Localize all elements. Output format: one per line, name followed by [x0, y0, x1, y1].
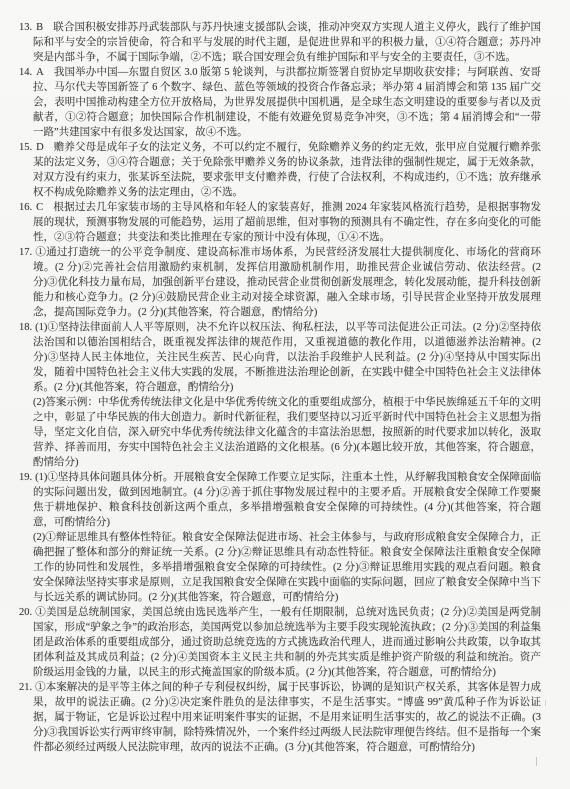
answer-item-16: 16.C根据过去几年家装市场的主导风格和年轻人的家装喜好，推测 2024 年家装… — [19, 200, 541, 245]
answer-paragraph: 17.①通过打造统一的公平竞争制度、建设高标准市场体系，为民营经济发展壮大提供制… — [33, 245, 541, 320]
answer-paragraph: (2)答案示例：中华优秀传统法律文化是中华优秀传统文化的重要组成部分，植根于中华… — [33, 395, 541, 470]
answer-paragraph: 18.(1)①坚持法律面前人人平等原则，决不允许以权压法、徇私枉法，以平等司法促… — [33, 320, 541, 395]
answer-paragraph: 19.(1)①坚持具体问题具体分析。开展粮食安全保障工作要立足实际，注重本土性，… — [33, 470, 541, 530]
scan-artifact — [536, 757, 538, 766]
answer-paragraph: (2)①辩证思维具有整体性特征。粮食安全保障法促进市场、社会主体参与，与政府形成… — [33, 530, 541, 605]
answer-text: (1)①坚持具体问题具体分析。开展粮食安全保障工作要立足实际，注重本土性，从纾解… — [33, 472, 541, 528]
answer-item-21: 21.①本案解决的是平等主体之间的种子专利侵权纠纷，属于民事诉讼，协调的是知识产… — [19, 680, 541, 755]
question-number: 19. — [19, 472, 32, 483]
question-number: 14. — [19, 67, 32, 78]
answer-paragraph: 21.①本案解决的是平等主体之间的种子专利侵权纠纷，属于民事诉讼，协调的是知识产… — [33, 680, 541, 755]
answer-letter: A — [36, 67, 44, 78]
answer-letter: C — [36, 202, 43, 213]
answer-item-20: 20.①美国是总统制国家，美国总统由选民选举产生，一般有任期限制，总统对选民负责… — [19, 605, 541, 680]
answer-text: 联合国积极安排苏丹武装部队与苏丹快速支援部队会谈，推动冲突双方实现人道主义停火，… — [33, 22, 541, 63]
question-number: 16. — [19, 202, 32, 213]
answer-paragraph: 20.①美国是总统制国家，美国总统由选民选举产生，一般有任期限制，总统对选民负责… — [33, 605, 541, 680]
question-number: 20. — [19, 607, 32, 618]
answer-paragraph: 14.A我国举办中国—东盟自贸区 3.0 版第 5 轮谈判，与洪都拉斯签署自贸协… — [33, 65, 541, 140]
answer-letter: B — [36, 22, 43, 33]
answer-letter: D — [36, 142, 44, 153]
answer-text: ①美国是总统制国家，美国总统由选民选举产生，一般有任期限制，总统对选民负责；(2… — [33, 607, 541, 678]
answer-item-17: 17.①通过打造统一的公平竞争制度、建设高标准市场体系，为民营经济发展壮大提供制… — [19, 245, 541, 320]
answer-text: (2)答案示例：中华优秀传统法律文化是中华优秀传统文化的重要组成部分，植根于中华… — [33, 397, 541, 468]
question-number: 15. — [19, 142, 32, 153]
answer-text: ①通过打造统一的公平竞争制度、建设高标准市场体系，为民营经济发展壮大提供制度化、… — [33, 247, 541, 318]
question-number: 21. — [19, 682, 32, 693]
answer-item-18: 18.(1)①坚持法律面前人人平等原则，决不允许以权压法、徇私枉法，以平等司法促… — [19, 320, 541, 470]
answer-item-13: 13.B联合国积极安排苏丹武装部队与苏丹快速支援部队会谈，推动冲突双方实现人道主… — [19, 20, 541, 65]
document-page: 13.B联合国积极安排苏丹武装部队与苏丹快速支援部队会谈，推动冲突双方实现人道主… — [0, 0, 570, 789]
answer-paragraph: 16.C根据过去几年家装市场的主导风格和年轻人的家装喜好，推测 2024 年家装… — [33, 200, 541, 245]
answer-item-14: 14.A我国举办中国—东盟自贸区 3.0 版第 5 轮谈判，与洪都拉斯签署自贸协… — [19, 65, 541, 140]
answer-text: (1)①坚持法律面前人人平等原则，决不允许以权压法、徇私枉法，以平等司法促进公正… — [33, 322, 541, 393]
question-number: 18. — [19, 322, 32, 333]
answer-text: (2)①辩证思维具有整体性特征。粮食安全保障法促进市场、社会主体参与，与政府形成… — [33, 532, 541, 603]
answer-text: ①本案解决的是平等主体之间的种子专利侵权纠纷，属于民事诉讼，协调的是知识产权关系… — [33, 682, 541, 753]
answer-paragraph: 13.B联合国积极安排苏丹武装部队与苏丹快速支援部队会谈，推动冲突双方实现人道主… — [33, 20, 541, 65]
answer-text: 赡养父母是成年子女的法定义务，不可以约定不履行，免除赡养义务的约定无效，张甲应自… — [33, 142, 541, 198]
answer-paragraph: 15.D赡养父母是成年子女的法定义务，不可以约定不履行，免除赡养义务的约定无效，… — [33, 140, 541, 200]
answer-text: 我国举办中国—东盟自贸区 3.0 版第 5 轮谈判，与洪都拉斯签署自贸协定早期收… — [33, 67, 541, 138]
question-number: 17. — [19, 247, 32, 258]
answer-text: 根据过去几年家装市场的主导风格和年轻人的家装喜好，推测 2024 年家装风格流行… — [33, 202, 541, 243]
question-number: 13. — [19, 22, 32, 33]
answer-item-19: 19.(1)①坚持具体问题具体分析。开展粮食安全保障工作要立足实际，注重本土性，… — [19, 470, 541, 605]
scan-artifact — [545, 700, 546, 706]
answer-item-15: 15.D赡养父母是成年子女的法定义务，不可以约定不履行，免除赡养义务的约定无效，… — [19, 140, 541, 200]
